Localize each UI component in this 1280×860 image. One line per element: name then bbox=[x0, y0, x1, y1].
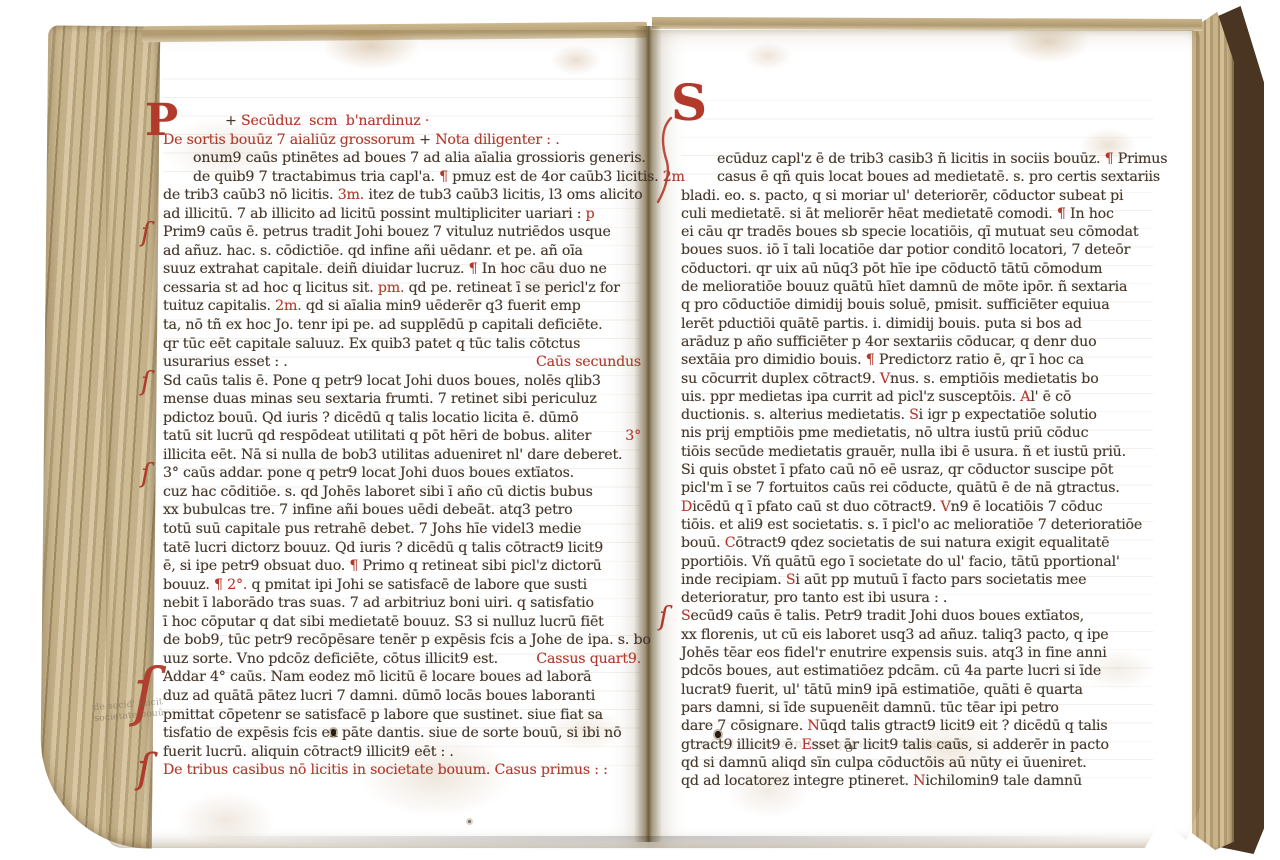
text-segment: sextāia pro dimidio bouis. bbox=[681, 351, 866, 369]
quire-mark: ɔ bbox=[845, 738, 853, 756]
manuscript-line: casus ē qñ quis locat boues ad medietatē… bbox=[681, 168, 1153, 186]
text-segment: tisfatio de expēsis fcis ex pāte dantis.… bbox=[163, 724, 621, 743]
text-segment: ē, si ipe petr9 obsuat duo. bbox=[163, 557, 349, 576]
text-segment: de bob9, tūc petr9 recōpēsare tenēr p ex… bbox=[163, 631, 651, 650]
text-segment: Addar 4° caūs. Nam eodez mō licitū ē loc… bbox=[163, 668, 591, 687]
manuscript-line: fuerit lucrū. aliquin cōtract9 illicit9 … bbox=[163, 743, 641, 762]
wormhole bbox=[331, 729, 336, 736]
text-segment: bouuz. bbox=[163, 576, 214, 595]
rubric-segment: 3m. bbox=[338, 186, 364, 205]
wormhole bbox=[468, 820, 471, 823]
paragraph-mark: ſ bbox=[141, 369, 150, 395]
text-segment: mense duas minas seu sextaria frumti. 7 … bbox=[163, 390, 597, 409]
rubric-segment: A bbox=[1020, 388, 1030, 406]
text-segment: In hoc bbox=[1066, 205, 1114, 223]
manuscript-line: totū suū capitale pus retrahē debet. 7 J… bbox=[163, 520, 641, 539]
manuscript-line: Dicēdū q ī pfato caū st duo cōtract9. Vn… bbox=[681, 498, 1153, 516]
text-segment: Predictorz ratio ē, qr ī hoc ca bbox=[875, 351, 1084, 369]
manuscript-line: ē, si ipe petr9 obsuat duo. ¶ Primo q re… bbox=[163, 557, 641, 576]
text-segment: itez de tub3 caūb3 licitis, l3 oms alici… bbox=[364, 186, 642, 205]
wormhole bbox=[715, 731, 721, 738]
text-segment: cōductori. qr uix aū nūq3 pōt hīe ipe cō… bbox=[681, 260, 1102, 278]
text-segment: lerēt pductiōi quātē partis. i. dimidij … bbox=[681, 315, 1082, 333]
text-segment: duz ad quātā pātez lucri 7 damni. dūmō l… bbox=[163, 687, 595, 706]
manuscript-line: ſSecūd9 caūs ē talis. Petr9 tradit Johi … bbox=[681, 607, 1153, 625]
text-segment: Sd caūs talis ē. Pone q petr9 locat Johi… bbox=[163, 372, 601, 391]
text-segment: tiōis secūde medietatis grauēr, nulla ib… bbox=[681, 443, 1126, 461]
manuscript-line: bouuz. ¶ 2°. q pmitat ipi Johi se satisf… bbox=[163, 576, 641, 595]
manuscript-line: nebit ī laborādo tras suas. 7 ad arbitri… bbox=[163, 594, 641, 613]
manuscript-line: qd ad locatorez integre ptineret. Nichil… bbox=[681, 772, 1153, 790]
manuscript-line: tisfatio de expēsis fcis ex pāte dantis.… bbox=[163, 724, 641, 743]
manuscript-line: cuz hac cōditiōe. s. qd Johēs laboret si… bbox=[163, 483, 641, 502]
rubric-segment: Caūs secundus bbox=[536, 353, 641, 372]
rubric-segment: ¶ bbox=[439, 168, 448, 187]
left-page-text: P + Secūduz scm b'nardinuz ·De sortis bo… bbox=[163, 64, 641, 780]
manuscript-line: + Secūduz scm b'nardinuz · bbox=[163, 112, 641, 131]
text-segment: illicita eēt. Nā si nulla de bob3 utilit… bbox=[163, 446, 622, 465]
rubric-segment: C bbox=[725, 534, 736, 552]
manuscript-line: qr tūc eēt capitale saluuz. Ex quib3 pat… bbox=[163, 335, 641, 354]
manuscript-line: culi medietatē. si āt meliorēr hēat medi… bbox=[681, 205, 1153, 223]
text-segment: xx florenis, ut cū eis laboret usq3 ad a… bbox=[681, 626, 1108, 644]
text-segment: totū suū capitale pus retrahē debet. 7 J… bbox=[163, 520, 581, 539]
text-segment: ad añuz. hac. s. cōdictiōe. qd infine añ… bbox=[163, 242, 583, 261]
paragraph-mark: ſ bbox=[137, 749, 152, 789]
rubric-segment: V bbox=[941, 498, 951, 516]
text-segment: su cōcurrit duplex cōtract9. bbox=[681, 370, 880, 388]
manuscript-line: tuituz capitalis. 2m. qd si aīalia min9 … bbox=[163, 297, 641, 316]
text-segment: tiōis. et ali9 est societatis. s. ī picl… bbox=[681, 516, 1142, 534]
manuscript-line: arāduz p año sufficiēter p 4or sextariis… bbox=[681, 333, 1153, 351]
rubric-segment: N bbox=[807, 717, 819, 735]
manuscript-line: pdcōs boues, aut estimatiōez pdcām. cū 4… bbox=[681, 662, 1153, 680]
text-segment: boues suos. iō ī tali locatiōe dar potio… bbox=[681, 241, 1130, 259]
manuscript-line: Si quis obstet ī pfato caū nō eē usraz, … bbox=[681, 461, 1153, 479]
manuscript-line: xx florenis, ut cū eis laboret usq3 ad a… bbox=[681, 626, 1153, 644]
rubric-segment: ¶ 2°. bbox=[214, 576, 247, 595]
manuscript-line: De sortis bouūz 7 aialiūz grossorum + No… bbox=[163, 131, 641, 150]
text-segment: qd si aīalia min9 uēderēr q3 fuerit emp bbox=[302, 297, 581, 316]
manuscript-line: ī hoc cōputar q dat sibi medietatē bouuz… bbox=[163, 613, 641, 632]
manuscript-line: ſAddar 4° caūs. Nam eodez mō licitū ē lo… bbox=[163, 668, 641, 687]
text-segment: ichilomin9 tale damnū bbox=[925, 772, 1082, 790]
initial-flourish bbox=[655, 116, 677, 206]
text-segment: qr tūc eēt capitale saluuz. Ex quib3 pat… bbox=[163, 335, 580, 354]
manuscript-photo: P + Secūduz scm b'nardinuz ·De sortis bo… bbox=[0, 0, 1280, 860]
text-segment: casus ē qñ quis locat boues ad medietatē… bbox=[717, 168, 1160, 186]
paragraph-mark: ſ bbox=[141, 461, 150, 487]
book-shadow bbox=[60, 836, 1240, 854]
manuscript-line: onum9 caūs ptinētes ad boues 7 ad alia a… bbox=[163, 149, 641, 168]
text-segment: bouū. bbox=[681, 534, 725, 552]
manuscript-line: ſDe tribus casibus nō licitis in societa… bbox=[163, 761, 641, 780]
rubric-segment: ¶ bbox=[349, 557, 358, 576]
text-segment: cessaria st ad hoc q licitus sit. bbox=[163, 279, 378, 298]
manuscript-line: pportiōis. Vñ quātū ego ī societate do u… bbox=[681, 553, 1153, 571]
rubric-segment: V bbox=[880, 370, 890, 388]
text-segment: pdcōs boues, aut estimatiōez pdcām. cū 4… bbox=[681, 662, 1101, 680]
manuscript-line: pdictoz bouū. Qd iuris ? dicēdū q talis … bbox=[163, 409, 641, 428]
text-segment: q pmitat ipi Johi se satisfacē de labore… bbox=[247, 576, 587, 595]
rubric-segment: Secūduz scm b'nardinuz · bbox=[241, 112, 429, 131]
text-segment: de trib3 caūb3 nō licitis. bbox=[163, 186, 338, 205]
manuscript-line: tatē lucri dictorz bouuz. Qd iuris ? dic… bbox=[163, 539, 641, 558]
text-segment: + bbox=[225, 112, 241, 131]
manuscript-line: q pro cōductiōe dimidij bouis soluē, pmi… bbox=[681, 296, 1153, 314]
manuscript-line: qd si damnū aliqd sīn culpa cōductōis aū… bbox=[681, 754, 1153, 772]
rubric-segment: p bbox=[586, 205, 595, 224]
text-segment: pmuz est de 4or caūb3 licitis. bbox=[448, 168, 663, 187]
rubric-segment: S bbox=[681, 607, 691, 625]
manuscript-line: nis prij emptiōis pme medietatis, nō ult… bbox=[681, 424, 1153, 442]
text-segment: qd ad locatorez integre ptineret. bbox=[681, 772, 913, 790]
text-segment: pdictoz bouū. Qd iuris ? dicēdū q talis … bbox=[163, 409, 578, 428]
manuscript-line: tatū sit lucrū qd respōdeat utilitati q … bbox=[163, 427, 641, 446]
text-segment: picl'm ī se 7 fortuitos caūs rei cōducte… bbox=[681, 479, 1120, 497]
manuscript-line: ſ3° caūs addar. pone q petr9 locat Johi … bbox=[163, 464, 641, 483]
manuscript-line: su cōcurrit duplex cōtract9. Vnus. s. em… bbox=[681, 370, 1153, 388]
manuscript-line: dare 7 cōsignare. Nūqd talis gtract9 lic… bbox=[681, 717, 1153, 735]
text-segment: q pro cōductiōe dimidij bouis soluē, pmi… bbox=[681, 296, 1109, 314]
text-segment: uuz sorte. Vno pdcōz deficiēte, cōtus il… bbox=[163, 650, 498, 669]
manuscript-line: lerēt pductiōi quātē partis. i. dimidij … bbox=[681, 315, 1153, 333]
text-segment: cuz hac cōditiōe. s. qd Johēs laboret si… bbox=[163, 483, 593, 502]
text-segment: xx bubulcas tre. 7 infine añi boues uēdi… bbox=[163, 501, 573, 520]
manuscript-line: de bob9, tūc petr9 recōpēsare tenēr p ex… bbox=[163, 631, 641, 650]
paragraph-mark: ſ bbox=[141, 220, 150, 246]
manuscript-line: boues suos. iō ī tali locatiōe dar potio… bbox=[681, 241, 1153, 259]
manuscript-line: ad añuz. hac. s. cōdictiōe. qd infine añ… bbox=[163, 242, 641, 261]
manuscript-line: sextāia pro dimidio bouis. ¶ Predictorz … bbox=[681, 351, 1153, 369]
manuscript-line: ductionis. s. alterius medietatis. Si ig… bbox=[681, 406, 1153, 424]
manuscript-line: ad illicitū. 7 ab illicito ad licitū pos… bbox=[163, 205, 641, 224]
text-segment: ecūduz capl'z ē de trib3 casib3 ñ liciti… bbox=[717, 150, 1105, 168]
text-segment: Primus bbox=[1113, 150, 1167, 168]
text-segment: ōtract9 qdez societatis de sui natura ex… bbox=[735, 534, 1109, 552]
text-segment: onum9 caūs ptinētes ad boues 7 ad alia a… bbox=[193, 149, 646, 168]
manuscript-line: ei cāu qr tradēs boues sb specie locatiō… bbox=[681, 223, 1153, 241]
manuscript-line: tiōis. et ali9 est societatis. s. ī picl… bbox=[681, 516, 1153, 534]
manuscript-line: ſPrim9 caūs ē. petrus tradit Johi bouez … bbox=[163, 223, 641, 242]
manuscript-line: ſSd caūs talis ē. Pone q petr9 locat Joh… bbox=[163, 372, 641, 391]
manuscript-line: de quib9 7 tractabimus tria capl'a. ¶ pm… bbox=[163, 168, 641, 187]
manuscript-line: de melioratiōe bouuz quātū hīet damnū de… bbox=[681, 278, 1153, 296]
text-segment: ei cāu qr tradēs boues sb specie locatiō… bbox=[681, 223, 1138, 241]
text-segment: inde recipiam. bbox=[681, 571, 786, 589]
rubric-segment: D bbox=[681, 498, 692, 516]
text-segment: dare 7 cōsignare. bbox=[681, 717, 807, 735]
text-segment: arāduz p año sufficiēter p 4or sextariis… bbox=[681, 333, 1096, 351]
text-segment: tuituz capitalis. bbox=[163, 297, 275, 316]
text-segment: qd si damnū aliqd sīn culpa cōductōis aū… bbox=[681, 754, 1087, 772]
manuscript-line: ta, nō tñ ex hoc Jo. tenr ipi pe. ad sup… bbox=[163, 316, 641, 335]
text-segment: nebit ī laborādo tras suas. 7 ad arbitri… bbox=[163, 594, 594, 613]
text-segment: tatē lucri dictorz bouuz. Qd iuris ? dic… bbox=[163, 539, 603, 558]
text-segment: In hoc cāu duo ne bbox=[477, 260, 606, 279]
manuscript-line: illicita eēt. Nā si nulla de bob3 utilit… bbox=[163, 446, 641, 465]
manuscript-line: duz ad quātā pātez lucri 7 damni. dūmō l… bbox=[163, 687, 641, 706]
text-segment: 3° caūs addar. pone q petr9 locat Johi d… bbox=[163, 464, 574, 483]
rubric-segment: pm. bbox=[378, 279, 404, 298]
text-segment: lucrat9 fuerit, ul' tātū min9 ipā estima… bbox=[681, 681, 1083, 699]
text-segment: l' ē cō bbox=[1030, 388, 1071, 406]
show-through-text: qd ad loctorez integre ptineret tale dam… bbox=[700, 738, 1120, 751]
text-segment: Primo q retineat sibi picl'z dictorū bbox=[358, 557, 601, 576]
manuscript-line: picl'm ī se 7 fortuitos caūs rei cōducte… bbox=[681, 479, 1153, 497]
rubric-segment: 2m. bbox=[275, 297, 301, 316]
text-segment: ūqd talis gtract9 licit9 eit ? dicēdū q … bbox=[820, 717, 1108, 735]
text-segment: de melioratiōe bouuz quātū hīet damnū de… bbox=[681, 278, 1127, 296]
manuscript-line: inde recipiam. Si aūt pp mutuū ī facto p… bbox=[681, 571, 1153, 589]
manuscript-line: Johēs tēar eos fidel'r enutrire expensis… bbox=[681, 644, 1153, 662]
manuscript-line: de trib3 caūb3 nō licitis. 3m. itez de t… bbox=[163, 186, 641, 205]
text-segment: ecūd9 caūs ē talis. Petr9 tradit Johi du… bbox=[691, 607, 1084, 625]
text-segment: pars damni, si īde supuenēit damnū. tūc … bbox=[681, 699, 1059, 717]
manuscript-line: suuz extrahat capitale. deiñ diuidar luc… bbox=[163, 260, 641, 279]
rubric-segment: 3° bbox=[625, 427, 641, 446]
manuscript-line: ecūduz capl'z ē de trib3 casib3 ñ liciti… bbox=[681, 150, 1153, 168]
right-page-text: S ecūduz capl'z ē de trib3 casib3 ñ lici… bbox=[681, 86, 1153, 790]
text-segment: pportiōis. Vñ quātū ego ī societate do u… bbox=[681, 553, 1120, 571]
manuscript-line: usurarius esset : .Caūs secundus bbox=[163, 353, 641, 372]
manuscript-line: uuz sorte. Vno pdcōz deficiēte, cōtus il… bbox=[163, 650, 641, 669]
rubric-segment: ¶ bbox=[866, 351, 875, 369]
text-segment: Prim9 caūs ē. petrus tradit Johi bouez 7… bbox=[163, 223, 611, 242]
text-segment: + bbox=[415, 131, 435, 150]
manuscript-line: bladi. eo. s. pacto, q si moriar ul' det… bbox=[681, 187, 1153, 205]
text-segment: de quib9 7 tractabimus tria capl'a. bbox=[193, 168, 439, 187]
paragraph-mark: ſ bbox=[659, 604, 668, 630]
manuscript-line: deterioratur, pro tanto est ibi usura : … bbox=[681, 589, 1153, 607]
text-segment: pmittat cōpetenr se satisfacē p labore q… bbox=[163, 706, 603, 725]
manuscript-line: cōductori. qr uix aū nūq3 pōt hīe ipe cō… bbox=[681, 260, 1153, 278]
manuscript-line: pmittat cōpetenr se satisfacē p labore q… bbox=[163, 706, 641, 725]
text-segment: qd pe. retineat ī se pericl'z for bbox=[404, 279, 619, 298]
text-segment: Si quis obstet ī pfato caū nō eē usraz, … bbox=[681, 461, 1113, 479]
text-segment: ductionis. s. alterius medietatis. bbox=[681, 406, 909, 424]
text-segment: nus. s. emptiōis medietatis bo bbox=[890, 370, 1099, 388]
text-segment: Johēs tēar eos fidel'r enutrire expensis… bbox=[681, 644, 1107, 662]
text-segment: uis. ppr medietas ipa currit ad picl'z s… bbox=[681, 388, 1020, 406]
page-edges-top-right bbox=[652, 17, 1202, 31]
text-segment: i igr p expectatiōe solutio bbox=[919, 406, 1097, 424]
text-segment: bladi. eo. s. pacto, q si moriar ul' det… bbox=[681, 187, 1123, 205]
manuscript-line: lucrat9 fuerit, ul' tātū min9 ipā estima… bbox=[681, 681, 1153, 699]
text-segment: tatū sit lucrū qd respōdeat utilitati q … bbox=[163, 427, 591, 446]
rubric-segment: Cassus quart9. bbox=[536, 650, 641, 669]
text-segment: i aūt pp mutuū ī facto pars societatis m… bbox=[795, 571, 1086, 589]
text-segment: ta, nō tñ ex hoc Jo. tenr ipi pe. ad sup… bbox=[163, 316, 602, 335]
text-segment: culi medietatē. si āt meliorēr hēat medi… bbox=[681, 205, 1057, 223]
text-segment: icēdū q ī pfato caū st duo cōtract9. bbox=[692, 498, 940, 516]
text-segment: ī hoc cōputar q dat sibi medietatē bouuz… bbox=[163, 613, 604, 632]
rubric-segment: N bbox=[913, 772, 925, 790]
text-segment: deterioratur, pro tanto est ibi usura : … bbox=[681, 589, 947, 607]
rubric-segment: Nota diligenter : . bbox=[435, 131, 559, 150]
rubric-segment: De sortis bouūz 7 aialiūz grossorum bbox=[163, 131, 415, 150]
manuscript-line: pars damni, si īde supuenēit damnū. tūc … bbox=[681, 699, 1153, 717]
manuscript-line: cessaria st ad hoc q licitus sit. pm. qd… bbox=[163, 279, 641, 298]
rubric-segment: S bbox=[909, 406, 919, 424]
text-segment: suuz extrahat capitale. deiñ diuidar luc… bbox=[163, 260, 469, 279]
rubric-segment: ¶ bbox=[1105, 150, 1114, 168]
text-segment: n9 ē locatiōis 7 cōduc bbox=[951, 498, 1103, 516]
rubric-segment: De tribus casibus nō licitis in societat… bbox=[163, 761, 608, 780]
text-segment: nis prij emptiōis pme medietatis, nō ult… bbox=[681, 424, 1088, 442]
manuscript-line: xx bubulcas tre. 7 infine añi boues uēdi… bbox=[163, 501, 641, 520]
manuscript-line: uis. ppr medietas ipa currit ad picl'z s… bbox=[681, 388, 1153, 406]
manuscript-line: mense duas minas seu sextaria frumti. 7 … bbox=[163, 390, 641, 409]
manuscript-line: bouū. Cōtract9 qdez societatis de sui na… bbox=[681, 534, 1153, 552]
text-segment: ad illicitū. 7 ab illicito ad licitū pos… bbox=[163, 205, 586, 224]
rubric-segment: ¶ bbox=[1057, 205, 1066, 223]
rubric-segment: S bbox=[786, 571, 796, 589]
text-segment: usurarius esset : . bbox=[163, 353, 288, 372]
manuscript-line: tiōis secūde medietatis grauēr, nulla ib… bbox=[681, 443, 1153, 461]
text-segment: fuerit lucrū. aliquin cōtract9 illicit9 … bbox=[163, 743, 454, 762]
rubric-segment: ¶ bbox=[469, 260, 478, 279]
